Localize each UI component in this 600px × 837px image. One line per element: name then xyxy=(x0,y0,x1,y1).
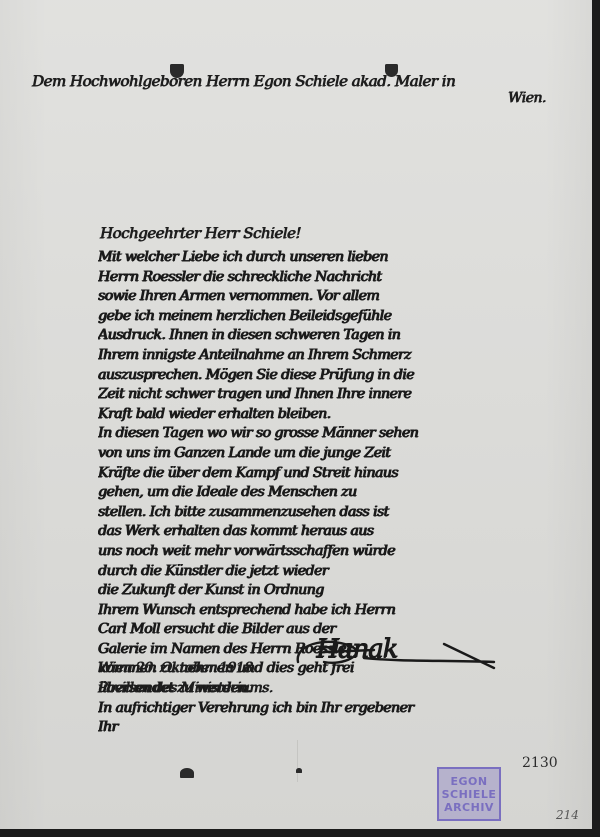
letter-page: Dem Hochwohlgeboren Herrn Egon Schiele a… xyxy=(0,0,592,829)
letter-line: gebe ich meinem herzlichen Beileidsgefüh… xyxy=(98,307,516,327)
page-number: 214 xyxy=(556,808,579,822)
letter-line: Ihr xyxy=(98,718,516,738)
letter-line: sowie Ihren Armen vernommen. Vor allem xyxy=(98,287,516,307)
letter-line: stellen. Ich bitte zusammenzusehen dass … xyxy=(98,503,516,523)
place-location: Pavillon des Ministeriums. xyxy=(98,680,273,696)
letter-line: In diesen Tagen wo wir so grosse Männer … xyxy=(98,424,516,444)
letter-line: die Zukunft der Kunst in Ordnung xyxy=(98,581,516,601)
letter-line: In aufrichtiger Verehrung ich bin Ihr er… xyxy=(98,699,516,719)
stamp-line: SCHIELE xyxy=(442,788,497,801)
inventory-number: 2130 xyxy=(522,755,558,771)
letter-line: von uns im Ganzen Lande um die junge Zei… xyxy=(98,444,516,464)
fold-line xyxy=(297,740,298,782)
archive-stamp: EGON SCHIELE ARCHIV xyxy=(437,767,501,821)
letter-line: auszusprechen. Mögen Sie diese Prüfung i… xyxy=(98,366,516,386)
letter-line: durch die Künstler die jetzt wieder xyxy=(98,562,516,582)
stamp-line: EGON xyxy=(450,775,487,788)
place-date: Wien 20. Oktober 1918 xyxy=(98,660,253,676)
letter-line: Zeit nicht schwer tragen und Ihnen Ihre … xyxy=(98,385,516,405)
letter-line: Kraft bald wieder erhalten bleiben. xyxy=(98,405,516,425)
stamp-line: ARCHIV xyxy=(444,801,494,814)
letter-line: das Werk erhalten das kommt heraus aus xyxy=(98,522,516,542)
letter-line: Herrn Roessler die schreckliche Nachrich… xyxy=(98,268,516,288)
letter-line: Mit welcher Liebe ich durch unseren lieb… xyxy=(98,248,516,268)
letter-line: gehen, um die Ideale des Menschen zu xyxy=(98,483,516,503)
ink-blot xyxy=(296,768,302,773)
signature-name: Hanak xyxy=(316,634,397,664)
letter-line: Kräfte die über dem Kampf und Streit hin… xyxy=(98,464,516,484)
letter-line: Ausdruck. Ihnen in diesen schweren Tagen… xyxy=(98,326,516,346)
letter-line: Ihrem Wunsch entsprechend habe ich Herrn xyxy=(98,601,516,621)
address-city: Wien. xyxy=(508,90,546,106)
signature: Hanak xyxy=(294,632,500,676)
address-line: Dem Hochwohlgeboren Herrn Egon Schiele a… xyxy=(32,72,455,90)
ink-blot xyxy=(180,768,194,778)
letter-line: Ihrem innigste Anteilnahme an Ihrem Schm… xyxy=(98,346,516,366)
letter-line: uns noch weit mehr vorwärtsschaffen würd… xyxy=(98,542,516,562)
salutation: Hochgeehrter Herr Schiele! xyxy=(100,224,301,242)
